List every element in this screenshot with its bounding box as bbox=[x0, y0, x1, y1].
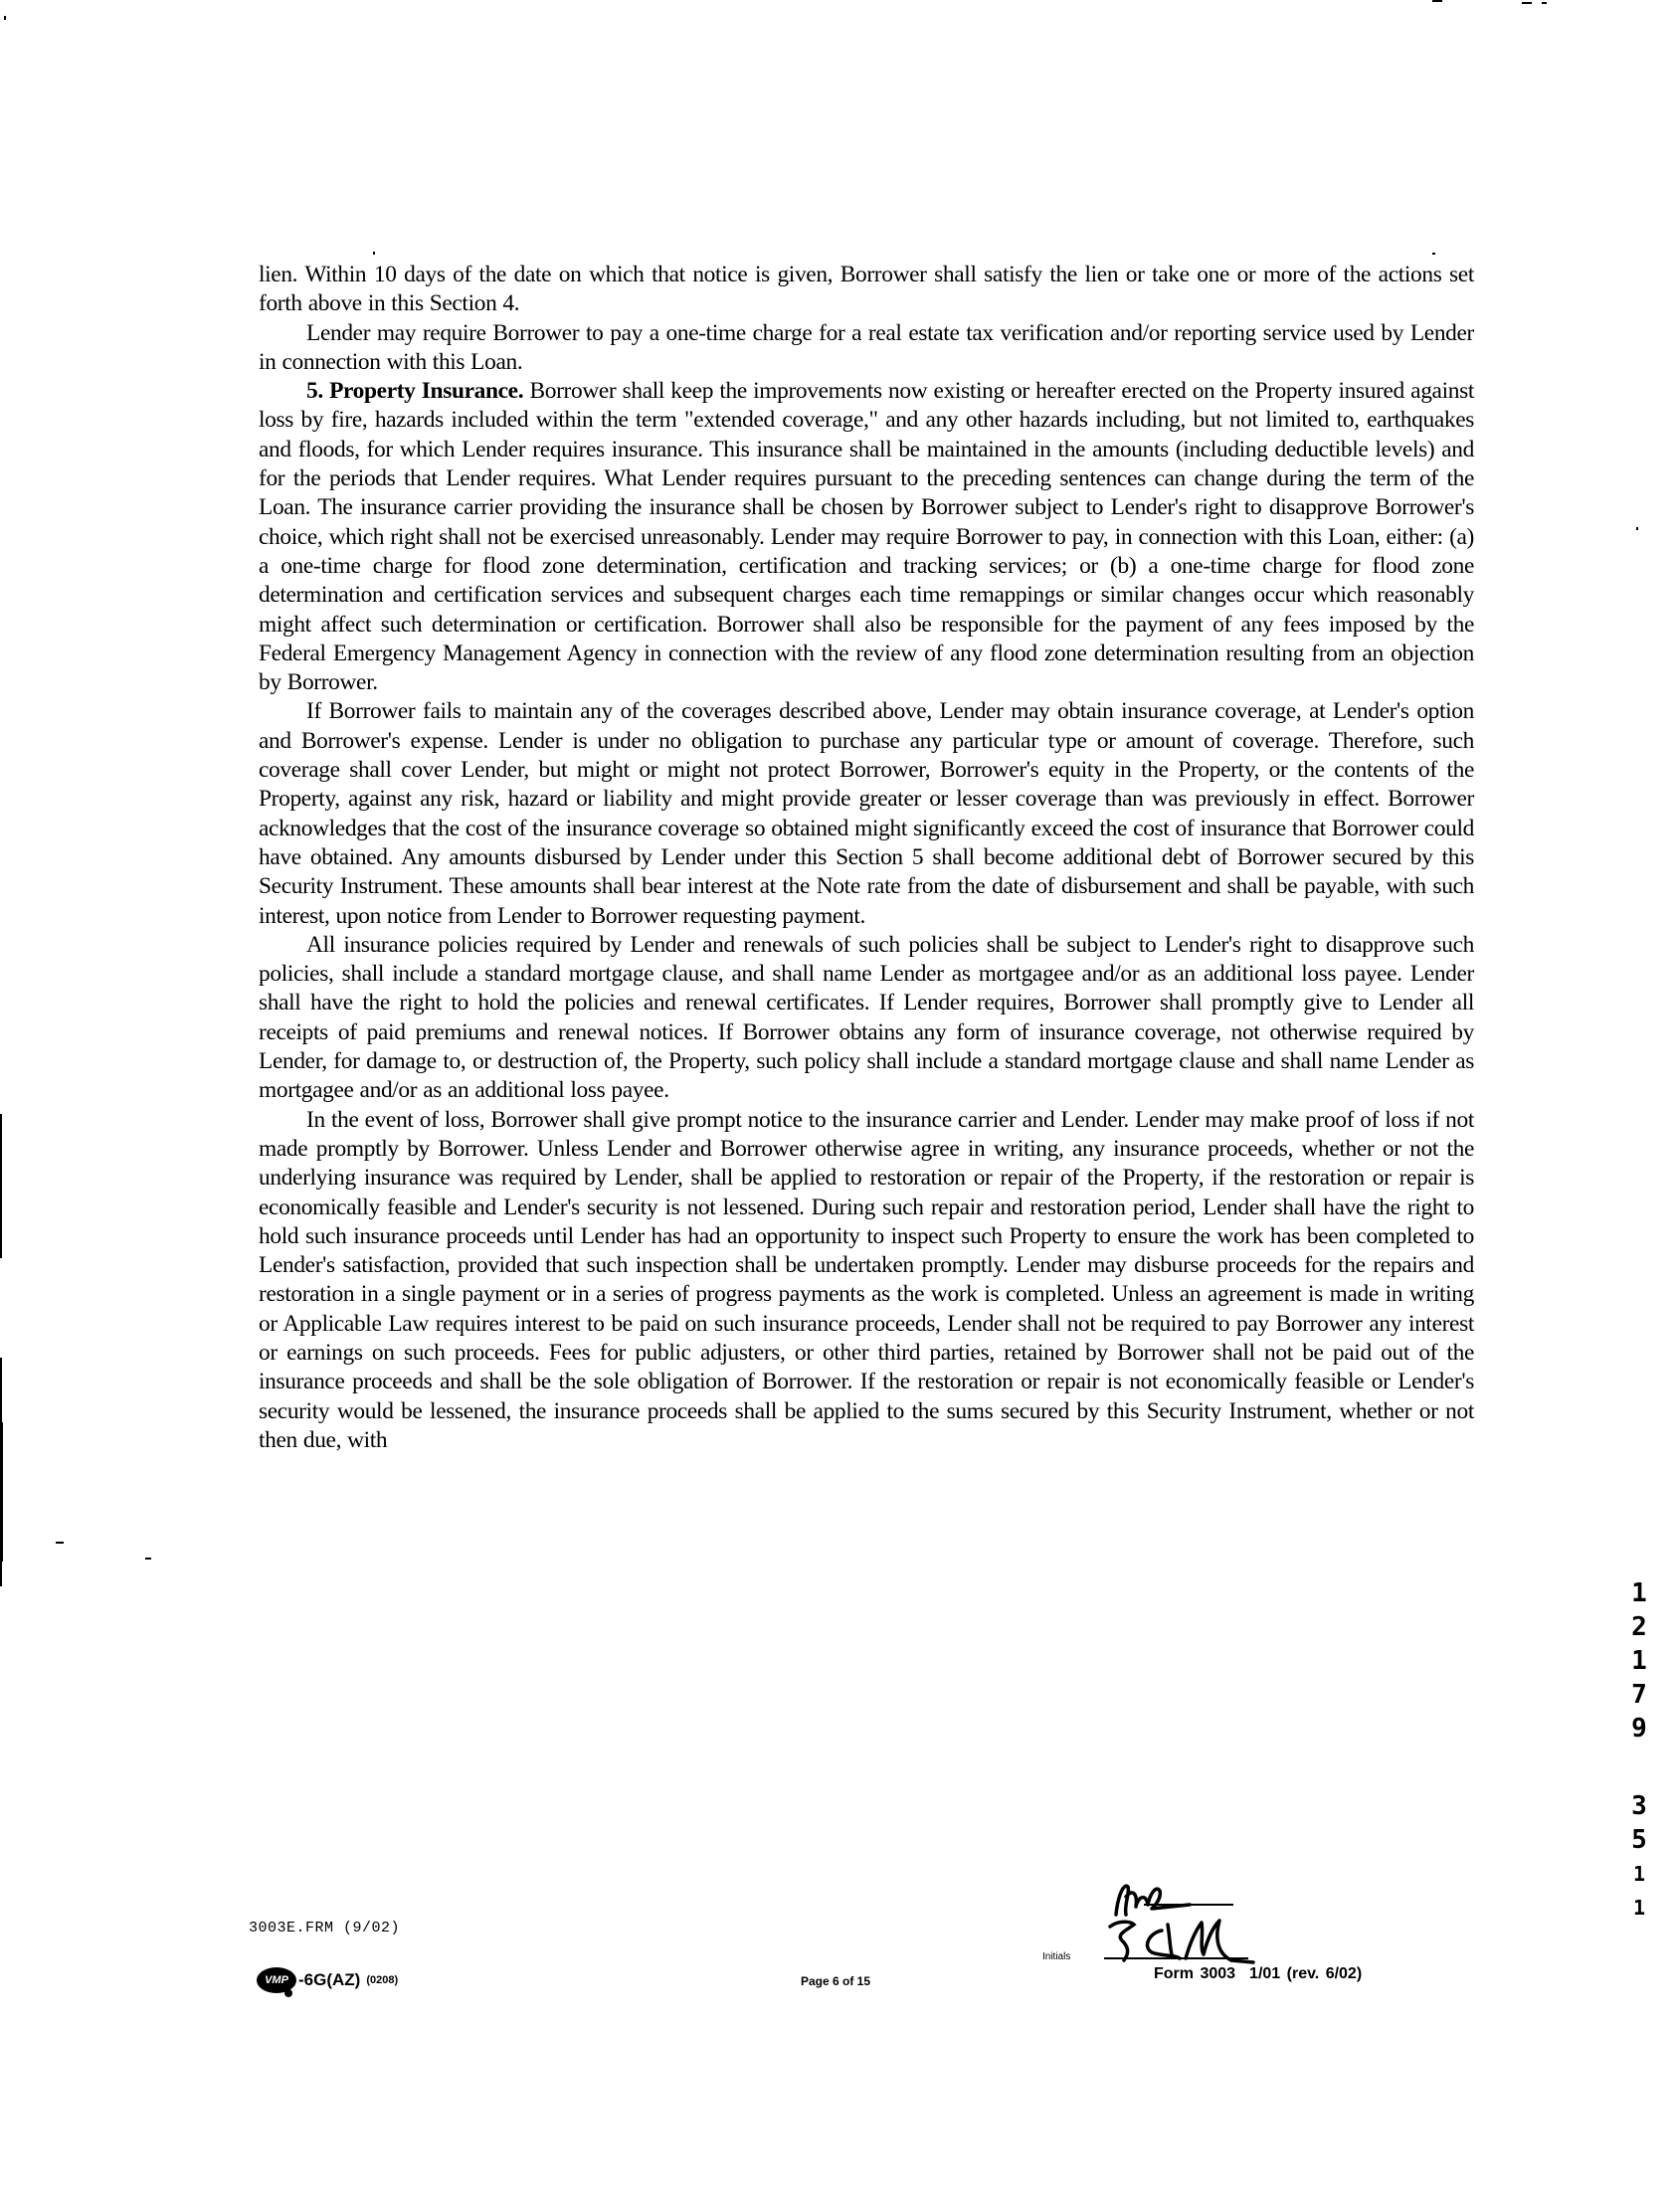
paragraph-event-of-loss: In the event of loss, Borrower shall giv… bbox=[259, 1106, 1474, 1456]
file-code: 3003E.FRM (9/02) bbox=[249, 1920, 400, 1936]
form-number: Form 30031/01 (rev. 6/02) bbox=[1154, 1965, 1362, 1983]
stamp-digit: 9 bbox=[1631, 1712, 1647, 1746]
scan-speck bbox=[373, 252, 375, 255]
stamp-digit: 1 bbox=[1631, 1576, 1647, 1610]
paragraph-text: Borrower shall keep the improvements now… bbox=[259, 378, 1474, 695]
paragraph-insurance-policies: All insurance policies required by Lende… bbox=[259, 931, 1474, 1106]
scan-edge-mark bbox=[0, 1114, 2, 1258]
scan-edge-mark bbox=[0, 1422, 3, 1562]
paragraph-text: Lender may require Borrower to pay a one… bbox=[259, 320, 1474, 375]
stamp-digit: 5 bbox=[1631, 1823, 1647, 1857]
form-revision: 1/01 (rev. 6/02) bbox=[1249, 1965, 1362, 1982]
initials-label: Initials bbox=[1042, 1951, 1070, 1962]
scan-speck bbox=[1432, 0, 1442, 2]
paragraph-failure-to-maintain: If Borrower fails to maintain any of the… bbox=[259, 697, 1474, 930]
page-number: Page 6 of 15 bbox=[801, 1974, 870, 1988]
document-page: lien. Within 10 days of the date on whic… bbox=[0, 0, 1677, 2212]
stamp-digit: 1 bbox=[1631, 1644, 1647, 1678]
paragraph-section4-end: lien. Within 10 days of the date on whic… bbox=[259, 261, 1474, 319]
scan-speck bbox=[1542, 2, 1547, 4]
paragraph-text: If Borrower fails to maintain any of the… bbox=[259, 698, 1474, 928]
recording-stamp: 1 2 1 7 9 3 5 1 1 bbox=[1621, 1576, 1657, 1925]
vmp-logo-icon: VMP bbox=[257, 1967, 296, 1993]
vmp-form-code: -6G(AZ) bbox=[298, 1970, 360, 1990]
paragraph-text: In the event of loss, Borrower shall giv… bbox=[259, 1107, 1474, 1453]
stamp-digit: 7 bbox=[1631, 1678, 1647, 1712]
stamp-digit: 2 bbox=[1631, 1610, 1647, 1644]
section-heading: 5. Property Insurance. bbox=[306, 378, 523, 404]
paragraph-text: lien. Within 10 days of the date on whic… bbox=[259, 262, 1474, 316]
vmp-form-sub: (0208) bbox=[366, 1974, 398, 1986]
stamp-digit: 1 bbox=[1633, 1891, 1645, 1925]
document-body: lien. Within 10 days of the date on whic… bbox=[259, 261, 1474, 1455]
scan-speck bbox=[1522, 2, 1532, 4]
scan-speck bbox=[145, 1558, 151, 1560]
stamp-digit: 3 bbox=[1631, 1789, 1647, 1823]
stamp-digit: 1 bbox=[1633, 1857, 1645, 1891]
scan-speck bbox=[1432, 253, 1435, 255]
scan-speck bbox=[4, 16, 6, 20]
scan-speck bbox=[56, 1542, 64, 1544]
form-number-text: Form 3003 bbox=[1154, 1965, 1235, 1982]
paragraph-tax-verification: Lender may require Borrower to pay a one… bbox=[259, 319, 1474, 378]
handwritten-initials-icon bbox=[1104, 1875, 1263, 1974]
vmp-logo-text: VMP bbox=[265, 1974, 288, 1986]
paragraph-property-insurance: 5. Property Insurance. Borrower shall ke… bbox=[259, 377, 1474, 697]
paragraph-text: All insurance policies required by Lende… bbox=[259, 932, 1474, 1103]
registered-mark-icon bbox=[284, 1989, 292, 1997]
vmp-form-id: VMP -6G(AZ) (0208) bbox=[257, 1967, 398, 1993]
scan-speck bbox=[1636, 527, 1638, 530]
